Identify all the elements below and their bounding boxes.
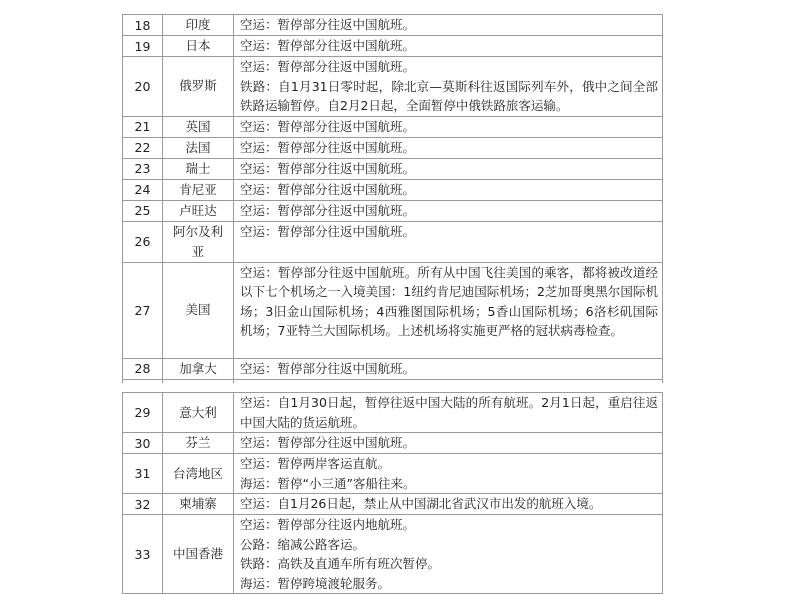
restriction-line: 空运：暂停部分往返中国航班。: [240, 15, 658, 35]
restriction-details: 空运：暂停部分往返中国航班。: [234, 200, 663, 221]
restriction-line: 铁路：高铁及直通车所有班次暂停。: [240, 554, 658, 574]
restriction-line: 空运：暂停部分往返中国航班。: [240, 57, 658, 77]
table-row: 21英国空运：暂停部分往返中国航班。: [123, 116, 663, 137]
restriction-details: 空运：暂停部分往返中国航班。: [234, 137, 663, 158]
row-number: 18: [123, 15, 163, 36]
table-row: 27美国空运：暂停部分往返中国航班。所有从中国飞往美国的乘客，都将被改道经以下七…: [123, 262, 663, 358]
row-number: 19: [123, 36, 163, 57]
restriction-details: 空运：暂停部分往返中国航班。: [234, 36, 663, 57]
restriction-details: 空运：自1月26日起，禁止从中国湖北省武汉市出发的航班入境。: [234, 494, 663, 515]
row-number: 21: [123, 116, 163, 137]
table-continuation-stub: [123, 379, 663, 383]
country-name: 印度: [163, 15, 234, 36]
restriction-details: 空运：暂停部分往返中国航班。: [234, 179, 663, 200]
country-name: 英国: [163, 116, 234, 137]
table-row: 22法国空运：暂停部分往返中国航班。: [123, 137, 663, 158]
restriction-line: 公路：缩减公路客运。: [240, 535, 658, 555]
country-name: 意大利: [163, 393, 234, 433]
restriction-line: 空运：暂停部分往返内地航班。: [240, 515, 658, 535]
row-number: 29: [123, 393, 163, 433]
restriction-line: 空运：暂停部分往返中国航班。: [240, 359, 658, 379]
restriction-line: 空运：暂停部分往返中国航班。: [240, 117, 658, 137]
country-name: 卢旺达: [163, 200, 234, 221]
country-name: 瑞士: [163, 158, 234, 179]
row-number: 31: [123, 454, 163, 494]
table-row: 25卢旺达空运：暂停部分往返中国航班。: [123, 200, 663, 221]
table-row: 23瑞士空运：暂停部分往返中国航班。: [123, 158, 663, 179]
restriction-details: 空运：暂停两岸客运直航。海运：暂停“小三通”客船往来。: [234, 454, 663, 494]
restriction-line: 空运：暂停两岸客运直航。: [240, 454, 658, 474]
restriction-line: 海运：暂停“小三通”客船往来。: [240, 474, 658, 494]
row-number: 28: [123, 358, 163, 379]
restriction-line: 空运：暂停部分往返中国航班。: [240, 222, 658, 242]
stub-cell: [123, 379, 163, 383]
restriction-line: 空运：暂停部分往返中国航班。: [240, 201, 658, 221]
country-name: 肯尼亚: [163, 179, 234, 200]
country-name: 法国: [163, 137, 234, 158]
row-number: 25: [123, 200, 163, 221]
restriction-line: 空运：暂停部分往返中国航班。: [240, 180, 658, 200]
table-row: 19日本空运：暂停部分往返中国航班。: [123, 36, 663, 57]
restriction-details: 空运：暂停部分往返中国航班。: [234, 433, 663, 454]
row-number: 22: [123, 137, 163, 158]
restriction-details: 空运：暂停部分往返中国航班。: [234, 158, 663, 179]
stub-cell: [163, 379, 234, 383]
table-row: 18印度空运：暂停部分往返中国航班。: [123, 15, 663, 36]
restriction-line: 海运：暂停跨境渡轮服务。: [240, 574, 658, 594]
table-row: 28加拿大空运：暂停部分往返中国航班。: [123, 358, 663, 379]
restriction-details: 空运：暂停部分往返中国航班。: [234, 358, 663, 379]
country-name: 台湾地区: [163, 454, 234, 494]
restriction-line: 空运：自1月26日起，禁止从中国湖北省武汉市出发的航班入境。: [240, 494, 658, 514]
transport-restrictions-table-2: 29意大利空运：自1月30日起，暂停往返中国大陆的所有航班。2月1日起，重启往返…: [122, 392, 663, 594]
row-number: 26: [123, 221, 163, 262]
restriction-line: 空运：自1月30日起，暂停往返中国大陆的所有航班。2月1日起，重启往返中国大陆的…: [240, 393, 658, 432]
restriction-details: 空运：自1月30日起，暂停往返中国大陆的所有航班。2月1日起，重启往返中国大陆的…: [234, 393, 663, 433]
table-row: 30芬兰空运：暂停部分往返中国航班。: [123, 433, 663, 454]
restriction-details: 空运：暂停部分往返内地航班。公路：缩减公路客运。铁路：高铁及直通车所有班次暂停。…: [234, 515, 663, 594]
stub-cell: [234, 379, 663, 383]
restriction-line: 空运：暂停部分往返中国航班。: [240, 159, 658, 179]
restriction-line: 空运：暂停部分往返中国航班。: [240, 433, 658, 453]
restriction-line: 空运：暂停部分往返中国航班。所有从中国飞往美国的乘客，都将被改道经以下七个机场之…: [240, 263, 658, 341]
transport-restrictions-table-1: 18印度空运：暂停部分往返中国航班。19日本空运：暂停部分往返中国航班。20俄罗…: [122, 14, 663, 383]
country-name: 阿尔及利亚: [163, 221, 234, 262]
row-number: 24: [123, 179, 163, 200]
country-name: 日本: [163, 36, 234, 57]
table-row: 31台湾地区空运：暂停两岸客运直航。海运：暂停“小三通”客船往来。: [123, 454, 663, 494]
table-row: 29意大利空运：自1月30日起，暂停往返中国大陆的所有航班。2月1日起，重启往返…: [123, 393, 663, 433]
table-row: 20俄罗斯空运：暂停部分往返中国航班。铁路：自1月31日零时起，除北京—莫斯科往…: [123, 57, 663, 117]
country-name: 加拿大: [163, 358, 234, 379]
restriction-details: 空运：暂停部分往返中国航班。: [234, 221, 663, 262]
restriction-details: 空运：暂停部分往返中国航班。: [234, 116, 663, 137]
table-row: 33中国香港空运：暂停部分往返内地航班。公路：缩减公路客运。铁路：高铁及直通车所…: [123, 515, 663, 594]
table-row: 24肯尼亚空运：暂停部分往返中国航班。: [123, 179, 663, 200]
restriction-details: 空运：暂停部分往返中国航班。所有从中国飞往美国的乘客，都将被改道经以下七个机场之…: [234, 262, 663, 358]
country-name: 柬埔寨: [163, 494, 234, 515]
row-number: 33: [123, 515, 163, 594]
country-name: 中国香港: [163, 515, 234, 594]
row-number: 32: [123, 494, 163, 515]
row-number: 20: [123, 57, 163, 117]
restriction-line: 铁路：自1月31日零时起，除北京—莫斯科往返国际列车外，俄中之间全部铁路运输暂停…: [240, 77, 658, 116]
table-row: 26阿尔及利亚空运：暂停部分往返中国航班。: [123, 221, 663, 262]
restriction-details: 空运：暂停部分往返中国航班。: [234, 15, 663, 36]
restriction-line: 空运：暂停部分往返中国航班。: [240, 36, 658, 56]
row-number: 30: [123, 433, 163, 454]
restriction-line: 空运：暂停部分往返中国航班。: [240, 138, 658, 158]
table-row: 32柬埔寨空运：自1月26日起，禁止从中国湖北省武汉市出发的航班入境。: [123, 494, 663, 515]
country-name: 俄罗斯: [163, 57, 234, 117]
row-number: 27: [123, 262, 163, 358]
country-name: 美国: [163, 262, 234, 358]
country-name: 芬兰: [163, 433, 234, 454]
restriction-details: 空运：暂停部分往返中国航班。铁路：自1月31日零时起，除北京—莫斯科往返国际列车…: [234, 57, 663, 117]
row-number: 23: [123, 158, 163, 179]
